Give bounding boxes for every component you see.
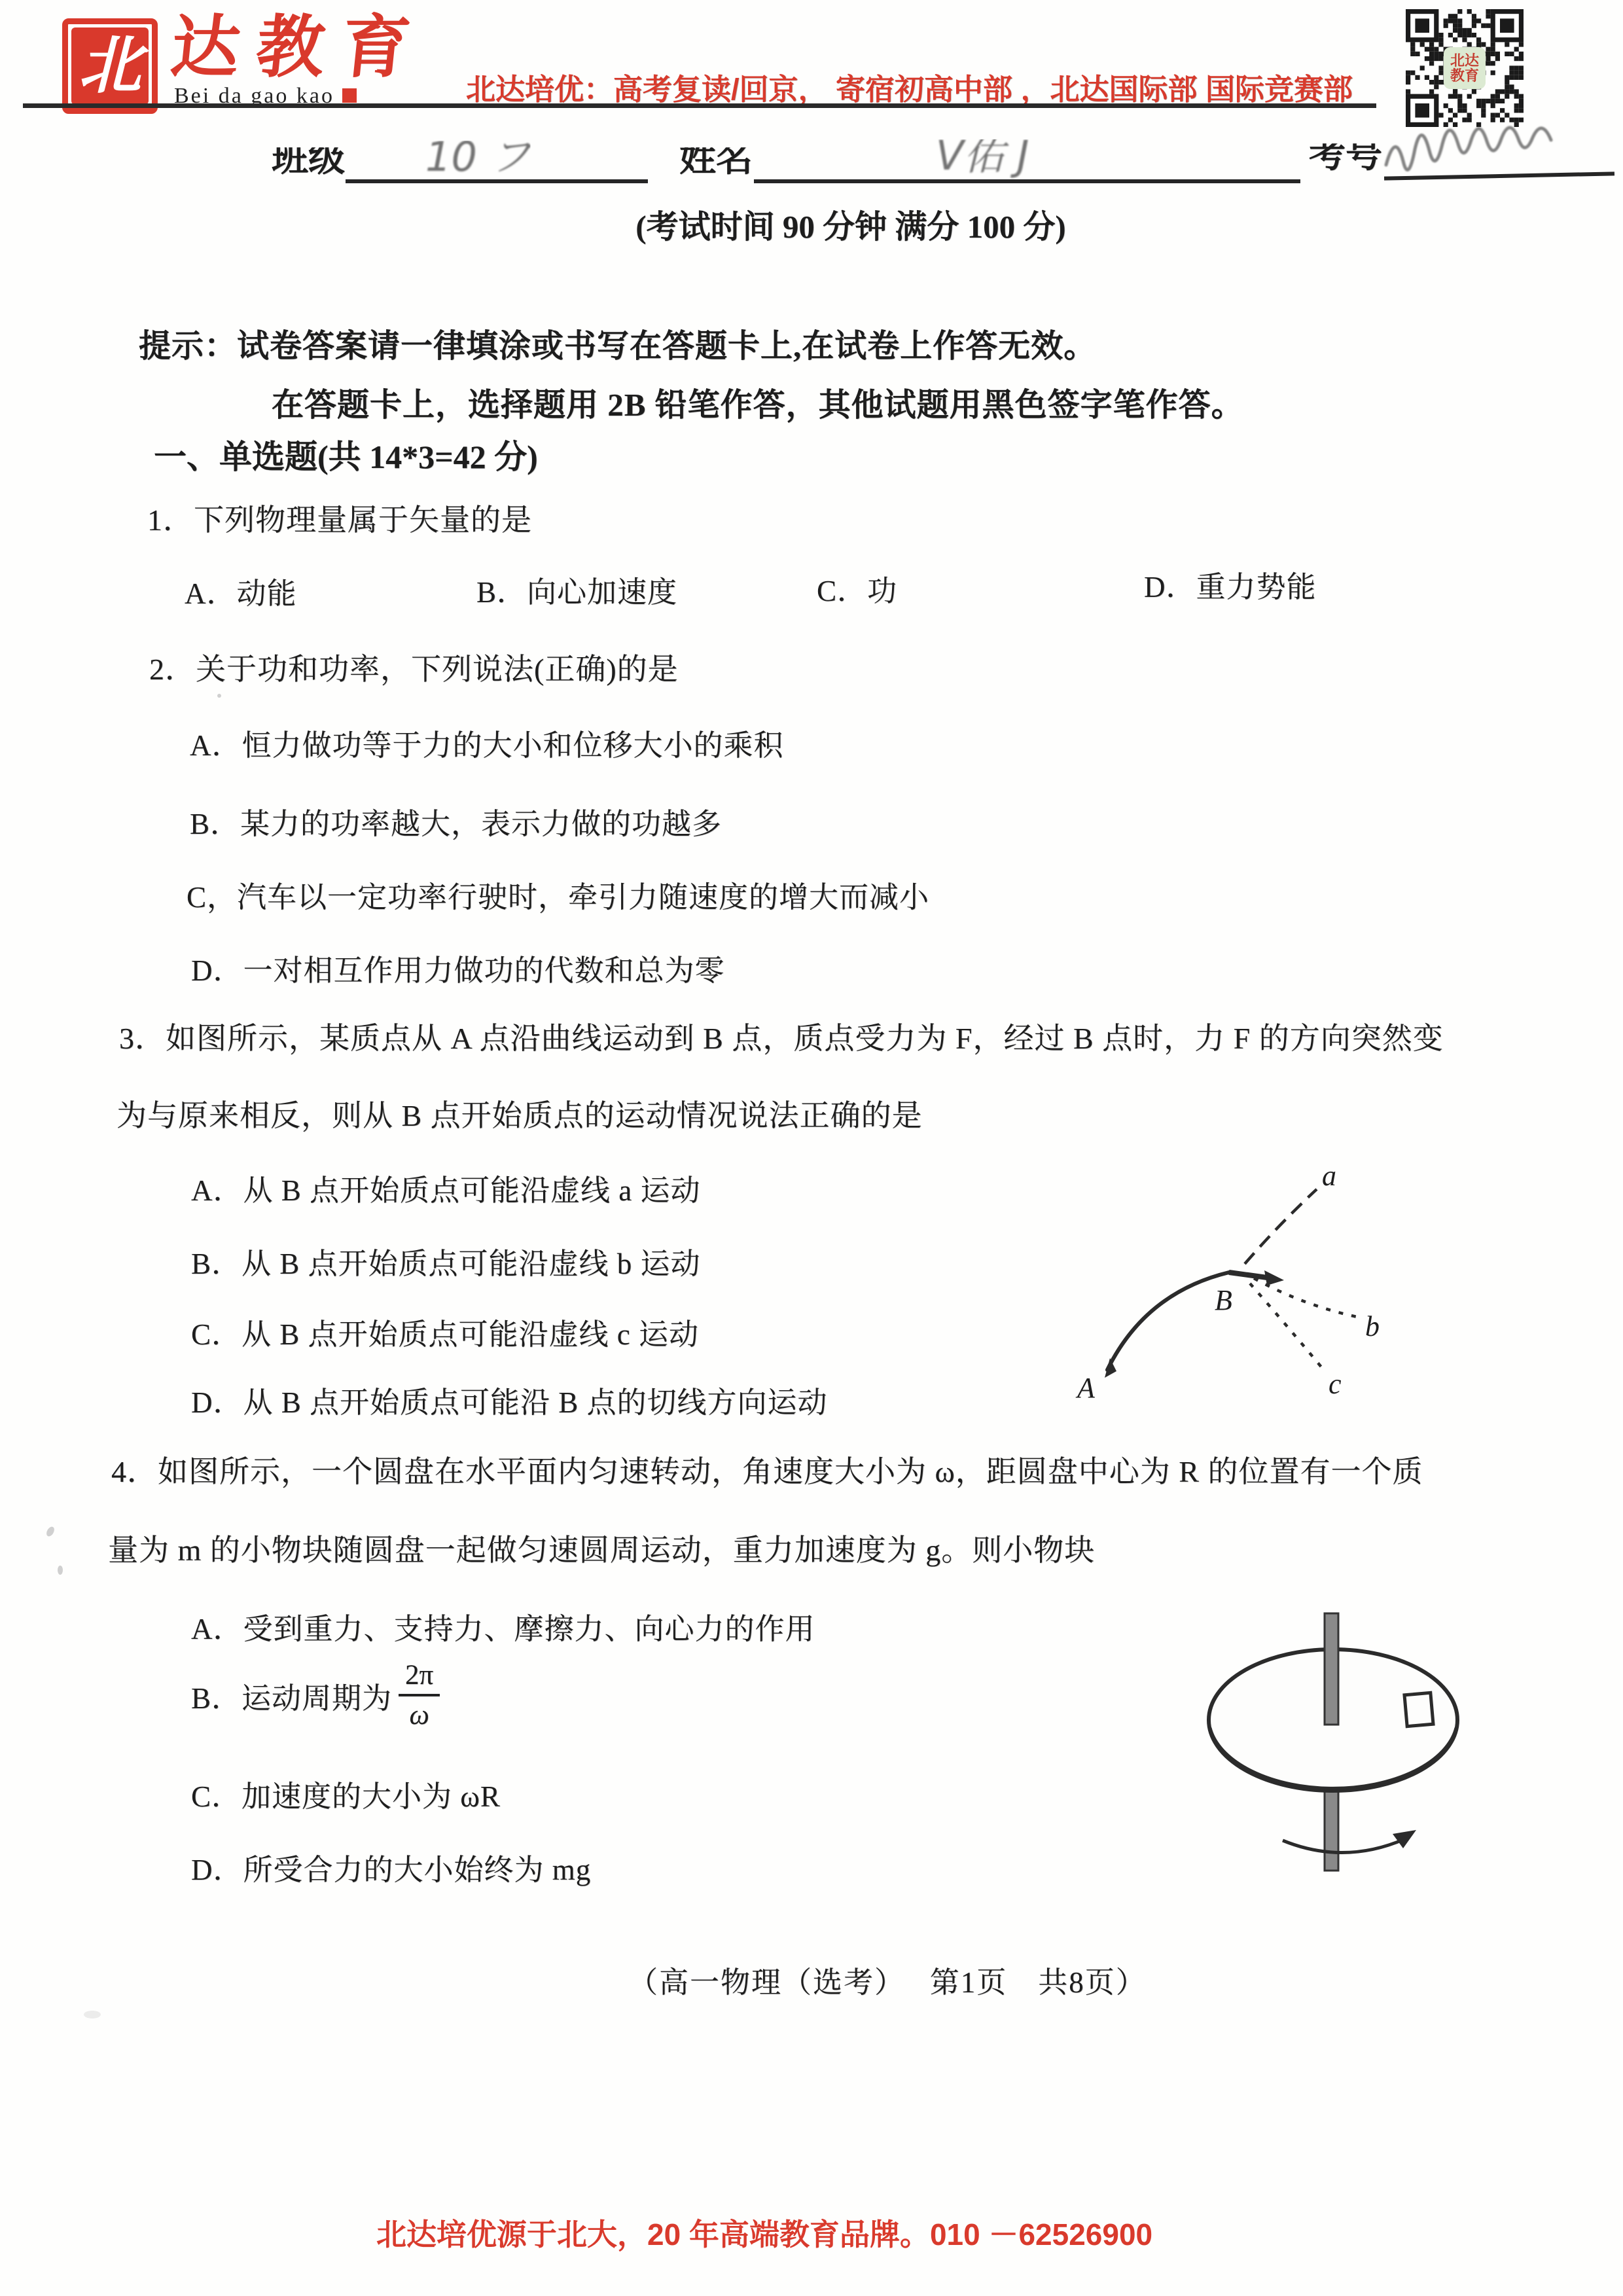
brand-name: 达教育 bbox=[168, 14, 431, 82]
q4-rotation-arrow bbox=[1283, 1839, 1404, 1853]
q3-tangent-arrowhead bbox=[1264, 1270, 1284, 1285]
q4-stem-line2: 量为 m 的小物块随圆盘一起做匀速圆周运动，重力加速度为 g。则小物块 bbox=[108, 1526, 1095, 1570]
q2-option-b: B．某力的功率越大，表示力做的功越多 bbox=[190, 800, 722, 842]
class-field-handwriting: 10 フ bbox=[425, 124, 531, 183]
q1-option-d: D．重力势能 bbox=[1144, 563, 1317, 605]
q2-stem: 2．关于功和功率，下列说法(正确)的是 bbox=[149, 645, 679, 689]
name-field-label: 姓名 bbox=[679, 130, 753, 182]
q4-option-b: B．运动周期为 2π ω bbox=[191, 1649, 440, 1741]
q1-option-c: C．功 bbox=[817, 567, 897, 609]
q3-figure-label-A: A bbox=[1075, 1372, 1096, 1404]
header-divider bbox=[23, 103, 1376, 108]
qr-center-badge: 北达 教育 bbox=[1444, 47, 1486, 89]
scan-speck bbox=[45, 1526, 56, 1538]
q3-solid-curve bbox=[1107, 1272, 1229, 1370]
q3-option-a: A．从 B 点开始质点可能沿虚线 a 运动 bbox=[191, 1166, 701, 1209]
class-field-label: 班级 bbox=[272, 130, 345, 182]
q3-figure-label-a: a bbox=[1322, 1160, 1336, 1192]
q1-stem: 1．下列物理量属于矢量的是 bbox=[147, 496, 532, 539]
qr-badge-line1: 北达 bbox=[1450, 53, 1479, 68]
q4-option-d: D．所受合力的大小始终为 mg bbox=[191, 1846, 591, 1888]
q2-option-d: D．一对相互作用力做功的代数和总为零 bbox=[191, 946, 725, 989]
q3-dashed-line-c bbox=[1250, 1283, 1326, 1372]
section1-heading: 一、单选题(共 14*3=42 分) bbox=[154, 431, 538, 478]
brand-seal-logo: 北 bbox=[62, 18, 158, 114]
exam-paper-page: 北 达教育 Bei da gao kao 北达培优：高考复读/回京， 寄宿初高中… bbox=[0, 0, 1623, 2296]
header-slogan: 北达培优：高考复读/回京， 寄宿初高中部 ，北达国际部 国际竞赛部 bbox=[466, 65, 1353, 108]
scan-speck bbox=[58, 1566, 63, 1575]
notice-line2: 在答题卡上，选择题用 2B 铅笔作答，其他试题用黑色签字笔作答。 bbox=[272, 380, 1244, 425]
q2-option-a: A．恒力做功等于力的大小和位移大小的乘积 bbox=[190, 721, 784, 764]
q3-option-b: B．从 B 点开始质点可能沿虚线 b 运动 bbox=[191, 1240, 701, 1282]
q4-option-a: A．受到重力、支持力、摩擦力、向心力的作用 bbox=[191, 1605, 815, 1647]
q4-block bbox=[1404, 1693, 1433, 1726]
q4-option-b-fraction: 2π ω bbox=[399, 1659, 440, 1732]
red-footer-line: 北达培优源于北大，20 年高端教育品牌。010 －62526900 bbox=[376, 2211, 1152, 2254]
exam-info-line: (考试时间 90 分钟 满分 100 分) bbox=[576, 202, 1126, 247]
q3-figure-label-c: c bbox=[1329, 1368, 1342, 1400]
examno-field-label: 考号 bbox=[1309, 126, 1382, 178]
q4-axle-lower bbox=[1325, 1788, 1338, 1871]
q4-option-b-text: B．运动周期为 bbox=[191, 1674, 392, 1717]
q3-option-d: D．从 B 点开始质点可能沿 B 点的切线方向运动 bbox=[191, 1378, 828, 1421]
q3-figure-trajectory: a b c B A bbox=[1067, 1142, 1525, 1430]
brand-seal-inner: 北 bbox=[71, 27, 149, 105]
qr-badge-line2: 教育 bbox=[1450, 68, 1479, 83]
q1-option-a: A．动能 bbox=[185, 569, 297, 612]
brand-seal-character: 北 bbox=[79, 35, 141, 98]
q4-fraction-denominator: ω bbox=[409, 1696, 429, 1731]
q3-tangent-arrow-shaft bbox=[1229, 1272, 1267, 1278]
q3-dashed-line-a bbox=[1245, 1189, 1317, 1264]
q4-stem-line1: 4．如图所示，一个圆盘在水平面内匀速转动，角速度大小为 ω，距圆盘中心为 R 的… bbox=[111, 1448, 1423, 1491]
q1-option-b: B．向心加速度 bbox=[476, 568, 677, 611]
q3-option-c: C．从 B 点开始质点可能沿虚线 c 运动 bbox=[191, 1310, 699, 1353]
examno-field-scribble bbox=[1381, 111, 1623, 183]
q3-stem-line1: 3．如图所示，某质点从 A 点沿曲线运动到 B 点，质点受力为 F，经过 B 点… bbox=[119, 1014, 1444, 1058]
scan-speck bbox=[217, 694, 221, 698]
q2-option-c: C，汽车以一定功率行驶时，牵引力随速度的增大而减小 bbox=[187, 873, 929, 916]
name-field-handwriting: V佑 J bbox=[936, 123, 1029, 181]
brand-square-icon bbox=[342, 88, 357, 103]
notice-line1: 提示：试卷答案请一律填涂或书写在答题卡上,在试卷上作答无效。 bbox=[139, 321, 1096, 367]
q4-rotation-arrowhead bbox=[1393, 1830, 1416, 1848]
q3-figure-label-b: b bbox=[1365, 1310, 1380, 1342]
page-footer-line: （高一物理（选考） 第1页 共8页） bbox=[628, 1958, 1147, 2001]
q3-figure-label-B: B bbox=[1215, 1284, 1232, 1316]
q4-figure-rotating-disk bbox=[1185, 1584, 1512, 1892]
q4-fraction-numerator: 2π bbox=[399, 1659, 440, 1696]
q3-stem-line2: 为与原来相反，则从 B 点开始质点的运动情况说法正确的是 bbox=[116, 1092, 923, 1135]
q4-option-c: C．加速度的大小为 ωR bbox=[191, 1772, 501, 1815]
q4-axle-upper bbox=[1325, 1613, 1338, 1725]
scan-speck bbox=[84, 2011, 101, 2018]
